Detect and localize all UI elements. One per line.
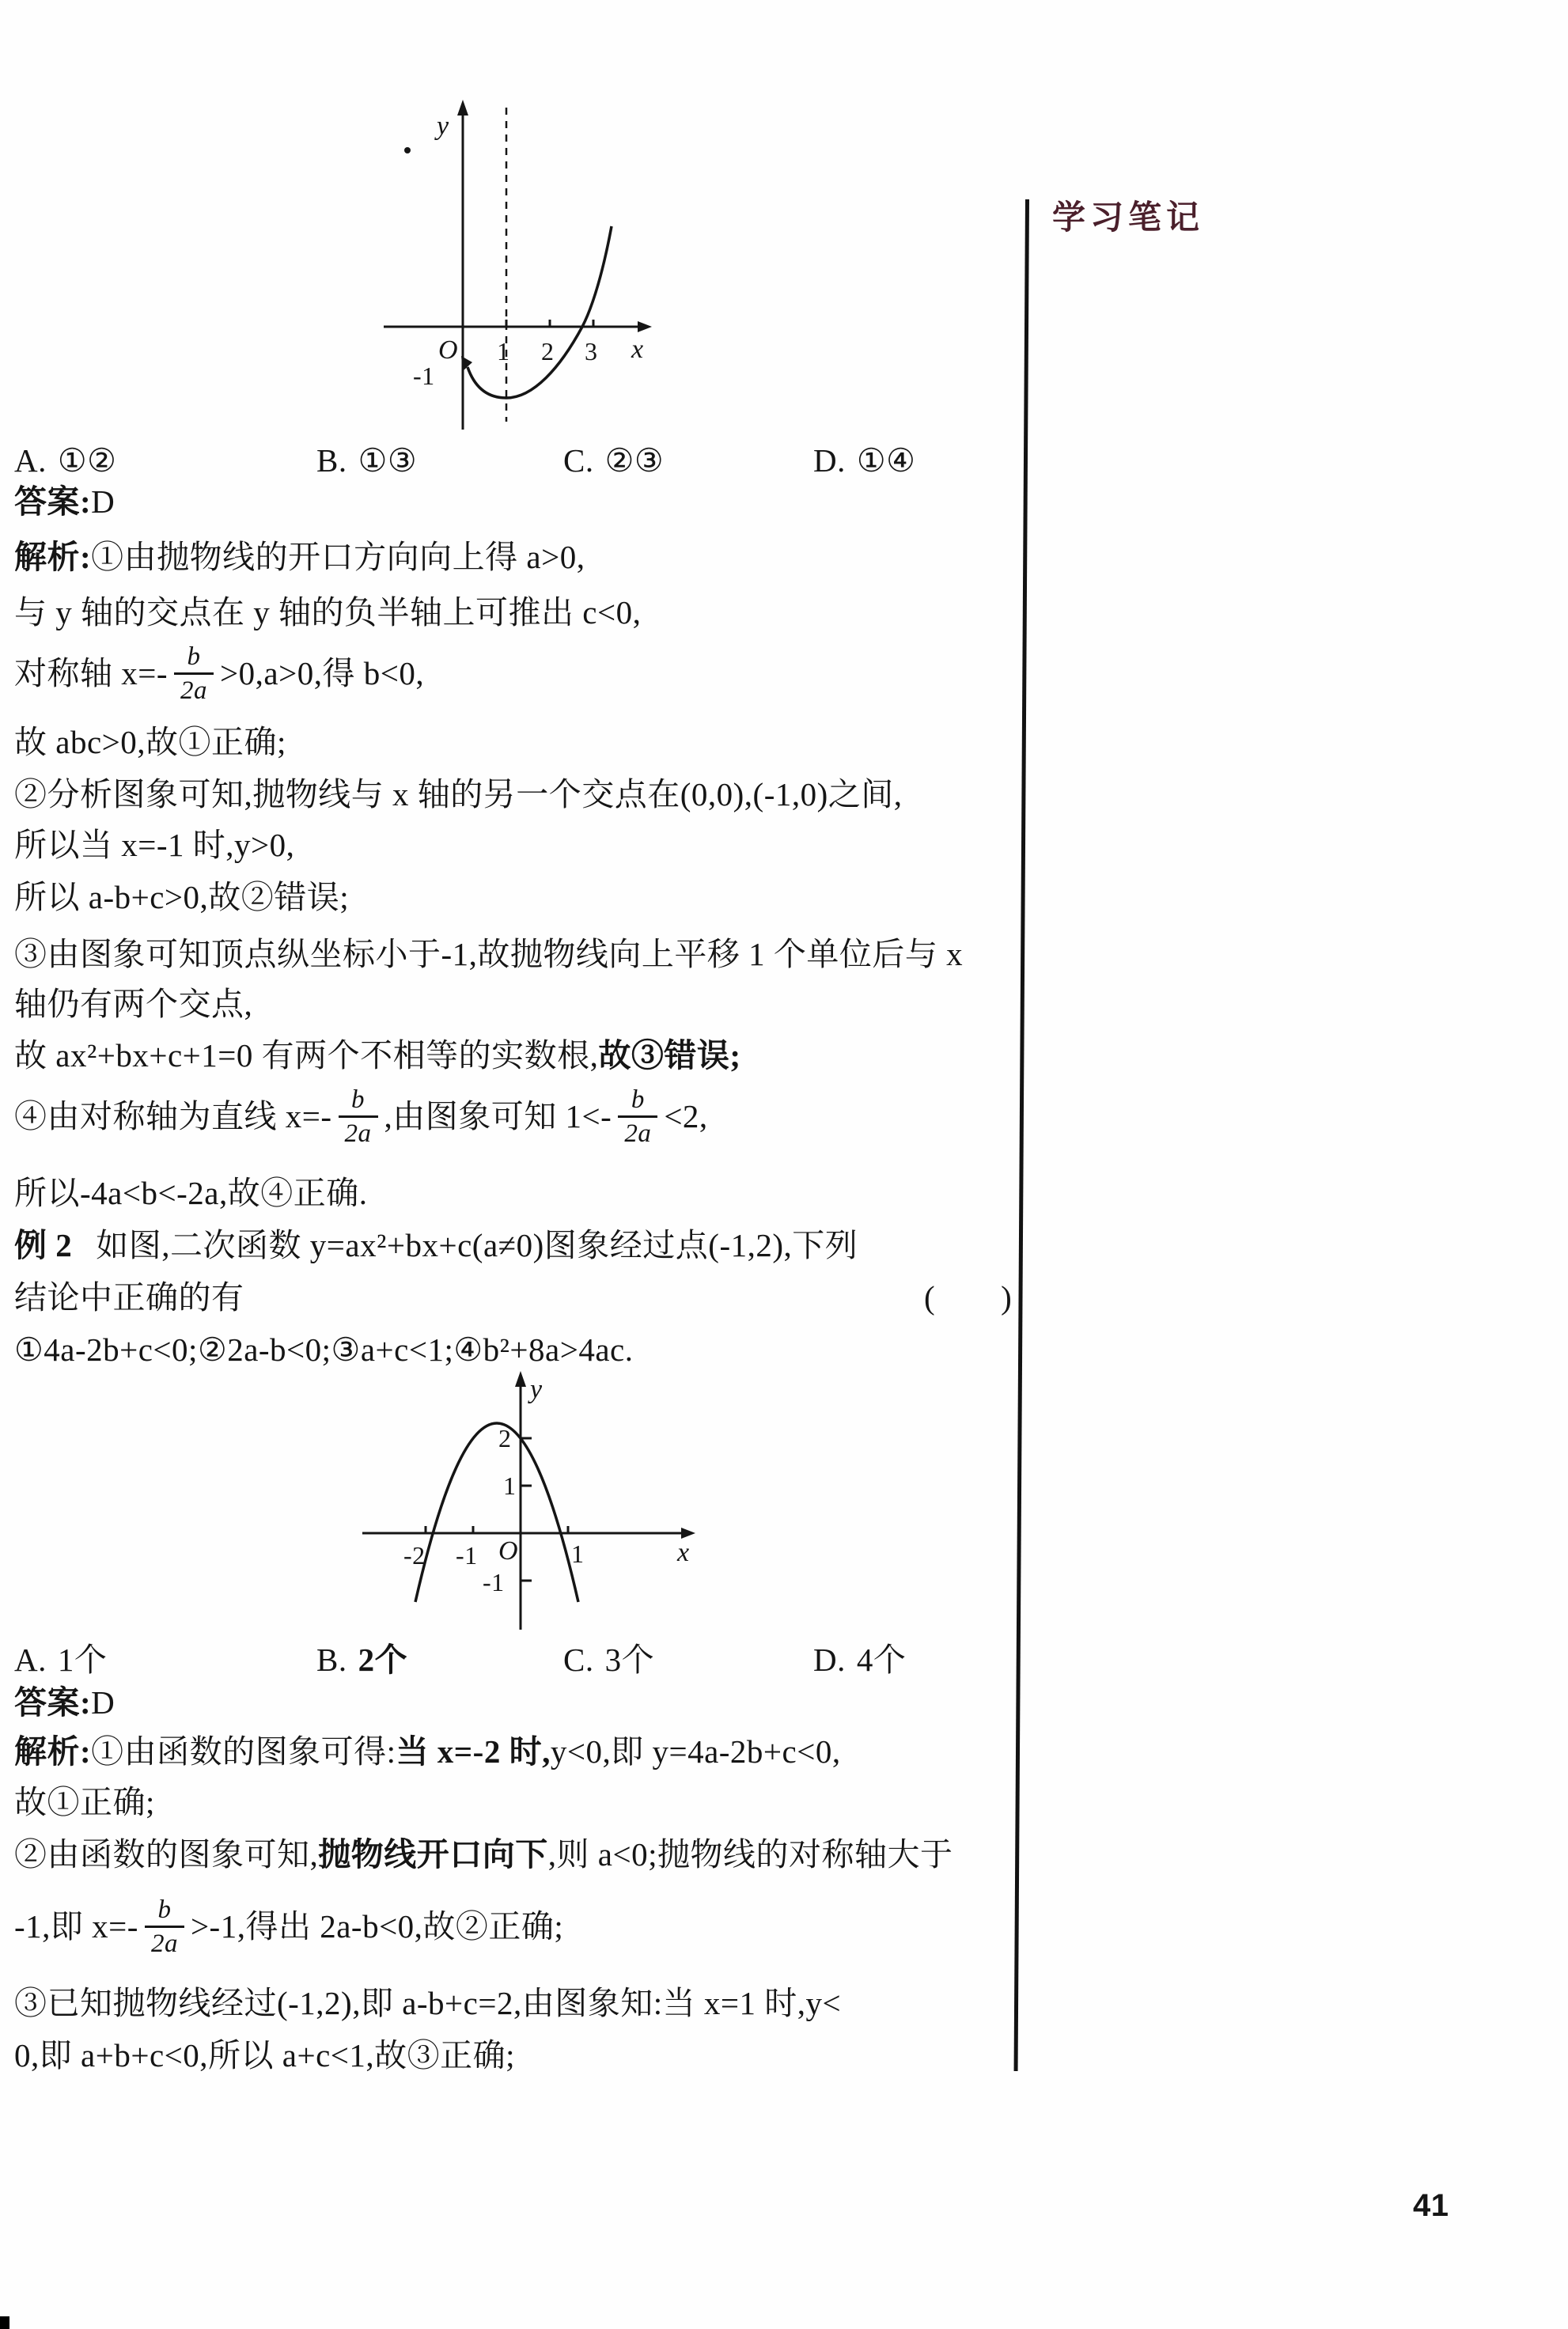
answer-label: 答案: (14, 1684, 91, 1721)
option-label: B. (316, 1642, 347, 1678)
solution1-line9: 轴仍有两个交点, (14, 983, 1019, 1025)
problem2-option-a: A.1个 (14, 1639, 107, 1681)
solution1-line8: ③由图象可知顶点纵坐标小于-1,故抛物线向上平移 1 个单位后与 x (14, 933, 1019, 975)
problem2-option-d: D.4个 (813, 1639, 906, 1681)
solution2-line4: -1,即 x=- b 2a >-1,得出 2a-b<0,故②正确; (14, 1884, 1019, 1971)
option-label: B. (316, 442, 347, 479)
fraction-denominator: 2a (145, 1926, 184, 1960)
solution-text: >0,a>0,得 b<0, (220, 653, 424, 695)
solution-text: 故①正确; (14, 1784, 155, 1820)
solution-text: 对称轴 x=- (14, 653, 168, 695)
graph1-x-label: x (631, 335, 644, 364)
graph2-parabola-figure: y O x -2 -1 1 2 1 -1 (347, 1365, 703, 1634)
solution-text: >-1,得出 2a-b<0,故②正确; (191, 1906, 563, 1948)
graph1-y-arrow (457, 100, 468, 116)
solution-text: 所以 a-b+c>0,故②错误; (14, 879, 349, 915)
solution-text-bold: 故③错误; (598, 1037, 740, 1074)
answer-value: D (91, 483, 115, 520)
answer-value: D (91, 1684, 115, 1721)
solution1-line2: 与 y 轴的交点在 y 轴的负半轴上可推出 c<0, (14, 592, 1019, 634)
option-label: D. (813, 1642, 846, 1678)
solution-text: 0,即 a+b+c<0,所以 a+c<1,故③正确; (14, 2037, 515, 2073)
fraction-numerator: b (153, 1895, 176, 1926)
solution-text: ③已知抛物线经过(-1,2),即 a-b+c=2,由图象知:当 x=1 时,y< (14, 1985, 841, 2021)
textbook-page: y O 1 2 3 x -1 A.①② B.①③ C.②③ D.①④ 答案:D … (0, 0, 1568, 2329)
solution-text: -1,即 x=- (14, 1906, 138, 1948)
graph2-x-tick-label-1: 1 (571, 1539, 585, 1568)
answer-label: 答案: (14, 483, 91, 520)
fraction-numerator: b (347, 1085, 369, 1115)
solution2-line6: 0,即 a+b+c<0,所以 a+c<1,故③正确; (14, 2035, 1019, 2077)
graph1-parabola-curve (468, 226, 612, 398)
solution1-line5: ②分析图象可知,抛物线与 x 轴的另一个交点在(0,0),(-1,0)之间, (14, 774, 1019, 816)
solution-text: <2, (664, 1096, 707, 1138)
problem2-option-b: B.2个 (316, 1639, 407, 1681)
solution1-line10: 故 ax²+bx+c+1=0 有两个不相等的实数根,故③错误; (14, 1035, 1019, 1077)
solution1-line3: 对称轴 x=- b 2a >0,a>0,得 b<0, (14, 631, 1019, 718)
fraction-b-over-2a: b 2a (174, 642, 214, 706)
solution-text: 与 y 轴的交点在 y 轴的负半轴上可推出 c<0, (14, 594, 641, 631)
graph1-x-tick-label-1: 1 (497, 337, 510, 365)
graph1-origin-label: O (438, 335, 458, 365)
answer-bracket: ( ) (924, 1277, 1012, 1319)
example2-label: 例 2 (14, 1227, 72, 1263)
example2-intro: 如图,二次函数 y=ax²+bx+c(a≠0)图象经过点(-1,2),下列 (96, 1227, 858, 1263)
graph2-y-label: y (528, 1375, 543, 1404)
solution-text: ①由函数的图象可得: (91, 1733, 396, 1770)
graph2-y-arrow (515, 1371, 526, 1387)
scan-corner-mark (0, 2316, 9, 2329)
graph2-x-label: x (676, 1538, 690, 1567)
solution-text: 故 abc>0,故①正确; (14, 724, 286, 760)
option-value: ②③ (605, 442, 665, 479)
solution-text: ,则 a<0;抛物线的对称轴大于 (548, 1836, 953, 1873)
solution-text: 所以-4a<b<-2a,故④正确. (14, 1175, 367, 1211)
option-label: C. (563, 1642, 594, 1678)
problem2-option-c: C.3个 (563, 1639, 654, 1681)
graph1-x-tick-label-3: 3 (585, 337, 598, 365)
page-number: 41 (1413, 2185, 1449, 2226)
fraction-numerator: b (627, 1085, 650, 1115)
fraction-denominator: 2a (339, 1115, 378, 1149)
graph1-x-arrow (638, 321, 652, 332)
graph1-stray-dot (404, 147, 411, 153)
graph2-y-tick-label-neg1: -1 (483, 1568, 505, 1596)
solution2-line5: ③已知抛物线经过(-1,2),即 a-b+c=2,由图象知:当 x=1 时,y< (14, 1982, 1019, 2024)
fraction-denominator: 2a (618, 1115, 657, 1149)
solution1-line7: 所以 a-b+c>0,故②错误; (14, 877, 1019, 918)
solution2-line2: 故①正确; (14, 1782, 1019, 1823)
solution-text: 轴仍有两个交点, (14, 986, 252, 1022)
solution-text: ②分析图象可知,抛物线与 x 轴的另一个交点在(0,0),(-1,0)之间, (14, 776, 903, 812)
graph2-y-tick-label-1: 1 (503, 1471, 517, 1500)
graph2-x-tick-label-neg1: -1 (456, 1541, 478, 1570)
solution-text: 所以当 x=-1 时,y>0, (14, 827, 294, 863)
option-label: D. (813, 442, 846, 479)
solution1-line12: 所以-4a<b<-2a,故④正确. (14, 1172, 1019, 1214)
solution1-line4: 故 abc>0,故①正确; (14, 721, 1019, 763)
solution-text: ④由对称轴为直线 x=- (14, 1096, 332, 1138)
option-value: 4个 (857, 1642, 907, 1678)
option-value: ①② (58, 442, 117, 479)
option-value: 1个 (58, 1642, 108, 1678)
graph2-origin-label: O (498, 1536, 518, 1566)
problem1-answer-line: 答案:D (14, 481, 1019, 523)
solution-text: ②由函数的图象可知, (14, 1836, 318, 1873)
graph1-y-label: y (434, 112, 449, 141)
example2-text: 结论中正确的有 (14, 1279, 244, 1316)
problem1-option-c: C.②③ (563, 440, 664, 482)
option-label: A. (14, 442, 47, 479)
problem2-options-row: A.1个 B.2个 C.3个 D.4个 (14, 1639, 1019, 1682)
option-value: ①④ (857, 442, 916, 479)
option-value: 2个 (358, 1642, 408, 1678)
fraction-numerator: b (183, 642, 206, 672)
graph2-y-tick-label-2: 2 (498, 1424, 512, 1452)
study-notes-heading: 学习笔记 (1052, 196, 1204, 240)
graph2-x-arrow (681, 1528, 695, 1539)
example2-line2: 结论中正确的有 ( ) (14, 1277, 1019, 1319)
analysis-label: 解析: (14, 1733, 91, 1770)
graph2-x-tick-label-neg2: -2 (403, 1541, 426, 1570)
problem1-option-d: D.①④ (813, 440, 915, 482)
option-value: ①③ (358, 442, 418, 479)
problem1-option-b: B.①③ (316, 440, 417, 482)
solution-text: y<0,即 y=4a-2b+c<0, (551, 1733, 841, 1770)
graph1-parabola-figure: y O 1 2 3 x -1 (372, 93, 657, 434)
fraction-denominator: 2a (174, 672, 214, 706)
option-label: A. (14, 1642, 47, 1678)
problem1-option-a: A.①② (14, 440, 116, 482)
solution2-line3: ②由函数的图象可知,抛物线开口向下,则 a<0;抛物线的对称轴大于 (14, 1834, 1019, 1876)
option-value: 3个 (605, 1642, 655, 1678)
solution2-line1: 解析:①由函数的图象可得:当 x=-2 时,y<0,即 y=4a-2b+c<0, (14, 1731, 1019, 1773)
graph1-y-tick-label-neg1: -1 (413, 362, 435, 390)
example2-title-line: 例 2如图,二次函数 y=ax²+bx+c(a≠0)图象经过点(-1,2),下列 (14, 1225, 1019, 1267)
analysis-label: 解析: (14, 539, 91, 575)
fraction-b-over-2a: b 2a (618, 1085, 657, 1149)
solution-text: ①由抛物线的开口方向向上得 a>0, (91, 539, 585, 575)
solution-text: ③由图象可知顶点纵坐标小于-1,故抛物线向上平移 1 个单位后与 x (14, 936, 963, 972)
solution-text-bold: 当 x=-2 时, (396, 1733, 551, 1770)
fraction-b-over-2a: b 2a (145, 1895, 184, 1960)
solution-text: 故 ax²+bx+c+1=0 有两个不相等的实数根, (14, 1037, 598, 1074)
problem1-options-row: A.①② B.①③ C.②③ D.①④ (14, 440, 1019, 483)
problem2-answer-line: 答案:D (14, 1682, 1019, 1724)
solution1-line1: 解析:①由抛物线的开口方向向上得 a>0, (14, 536, 1019, 578)
option-label: C. (563, 442, 594, 479)
solution-text: ,由图象可知 1<- (384, 1096, 612, 1138)
fraction-b-over-2a: b 2a (339, 1085, 378, 1149)
solution-text-bold: 抛物线开口向下 (318, 1836, 548, 1873)
example2-items: ①4a-2b+c<0;②2a-b<0;③a+c<1;④b²+8a>4ac. (14, 1331, 634, 1368)
graph1-x-tick-label-2: 2 (541, 337, 555, 365)
solution1-line6: 所以当 x=-1 时,y>0, (14, 824, 1019, 866)
solution1-line11: ④由对称轴为直线 x=- b 2a ,由图象可知 1<- b 2a <2, (14, 1074, 1019, 1161)
